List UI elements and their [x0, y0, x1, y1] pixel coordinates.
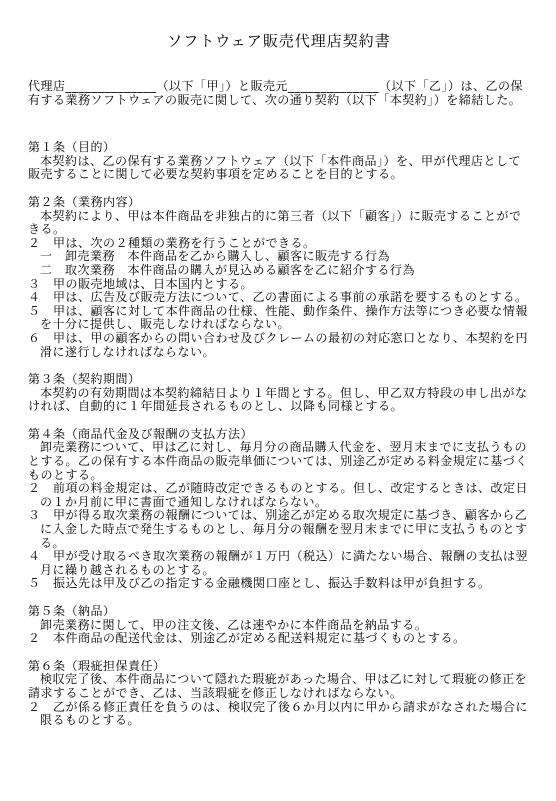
article-heading: 第３条（契約期間）: [28, 373, 530, 387]
article-heading: 第１条（目的）: [28, 141, 530, 155]
article: 第１条（目的） 本契約は、乙の保有する業務ソフトウェア（以下「本件商品」）を、甲…: [28, 141, 530, 182]
article: 第２条（業務内容） 本契約により、甲は本件商品を非独占的に第三者（以下「顧客」）…: [28, 196, 530, 359]
clause: 本契約は、乙の保有する業務ソフトウェア（以下「本件商品」）を、甲が代理店として販…: [28, 155, 530, 182]
article-clauses: 本契約の有効期間は本契約締結日より１年間とする。但し、甲乙双方特段の申し出がなけ…: [28, 387, 530, 414]
article-clauses: 卸売業務について、甲は乙に対し、毎月分の商品購入代金を、翌月末までに支払うものと…: [28, 441, 530, 591]
article-clauses: 卸売業務に関して、甲の注文後、乙は速やかに本件商品を納品する。２ 本件商品の配送…: [28, 619, 530, 646]
clause: ３ 甲が得る取次業務の報酬については、別途乙が定める取次規定に基づき、顧客から乙…: [28, 509, 530, 550]
contract-page: ソフトウェア販売代理店契約書 代理店______________（以下「甲」）と…: [0, 0, 556, 801]
clause: ６ 甲は、甲の顧客からの問い合わせ及びクレームの最初の対応窓口となり、本契約を円…: [28, 332, 530, 359]
article: 第５条（納品） 卸売業務に関して、甲の注文後、乙は速やかに本件商品を納品する。２…: [28, 605, 530, 646]
clause: 卸売業務について、甲は乙に対し、毎月分の商品購入代金を、翌月末までに支払うものと…: [28, 441, 530, 482]
clause: ４ 甲が受け取るべき取次業務の報酬が１万円（税込）に満たない場合、報酬の支払は翌…: [28, 550, 530, 577]
article: 第３条（契約期間） 本契約の有効期間は本契約締結日より１年間とする。但し、甲乙双…: [28, 373, 530, 414]
article-clauses: 本契約は、乙の保有する業務ソフトウェア（以下「本件商品」）を、甲が代理店として販…: [28, 155, 530, 182]
article: 第４条（商品代金及び報酬の支払方法） 卸売業務について、甲は乙に対し、毎月分の商…: [28, 428, 530, 591]
clause: 本契約の有効期間は本契約締結日より１年間とする。但し、甲乙双方特段の申し出がなけ…: [28, 387, 530, 414]
clause: ５ 甲は、顧客に対して本件商品の仕様、性能、動作条件、操作方法等につき必要な情報…: [28, 305, 530, 332]
article-heading: 第５条（納品）: [28, 605, 530, 619]
clause: ２ 前項の料金規定は、乙が随時改定できるものとする。但し、改定するときは、改定日…: [28, 482, 530, 509]
clause: ２ 乙が係る修正責任を負うのは、検収完了後６か月以内に甲から請求がなされた場合に…: [28, 701, 530, 728]
article-heading: 第２条（業務内容）: [28, 196, 530, 210]
preamble-paragraph: 代理店______________（以下「甲」）と販売元____________…: [28, 80, 530, 107]
clause: 二 取次業務 本件商品の購入が見込める顧客を乙に紹介する行為: [28, 264, 530, 278]
article: 第６条（瑕疵担保責任） 検収完了後、本件商品について隠れた瑕疵があった場合、甲は…: [28, 660, 530, 728]
document-title: ソフトウェア販売代理店契約書: [28, 33, 530, 49]
article-clauses: 検収完了後、本件商品について隠れた瑕疵があった場合、甲は乙に対して瑕疵の修正を請…: [28, 673, 530, 727]
clause: 一 卸売業務 本件商品を乙から購入し、顧客に販売する行為: [28, 250, 530, 264]
clause: ４ 甲は、広告及び販売方法について、乙の書面による事前の承諾を要するものとする。: [28, 291, 530, 305]
article-clauses: 本契約により、甲は本件商品を非独占的に第三者（以下「顧客」）に販売することができ…: [28, 210, 530, 360]
contract-document: ソフトウェア販売代理店契約書 代理店______________（以下「甲」）と…: [0, 0, 556, 728]
clause: 本契約により、甲は本件商品を非独占的に第三者（以下「顧客」）に販売することができ…: [28, 210, 530, 237]
articles-container: 第１条（目的） 本契約は、乙の保有する業務ソフトウェア（以下「本件商品」）を、甲…: [28, 141, 530, 728]
clause: ２ 本件商品の配送代金は、別途乙が定める配送料規定に基づくものとする。: [28, 632, 530, 646]
clause: 検収完了後、本件商品について隠れた瑕疵があった場合、甲は乙に対して瑕疵の修正を請…: [28, 673, 530, 700]
clause: ５ 振込先は甲及び乙の指定する金融機関口座とし、振込手数料は甲が負担する。: [28, 577, 530, 591]
